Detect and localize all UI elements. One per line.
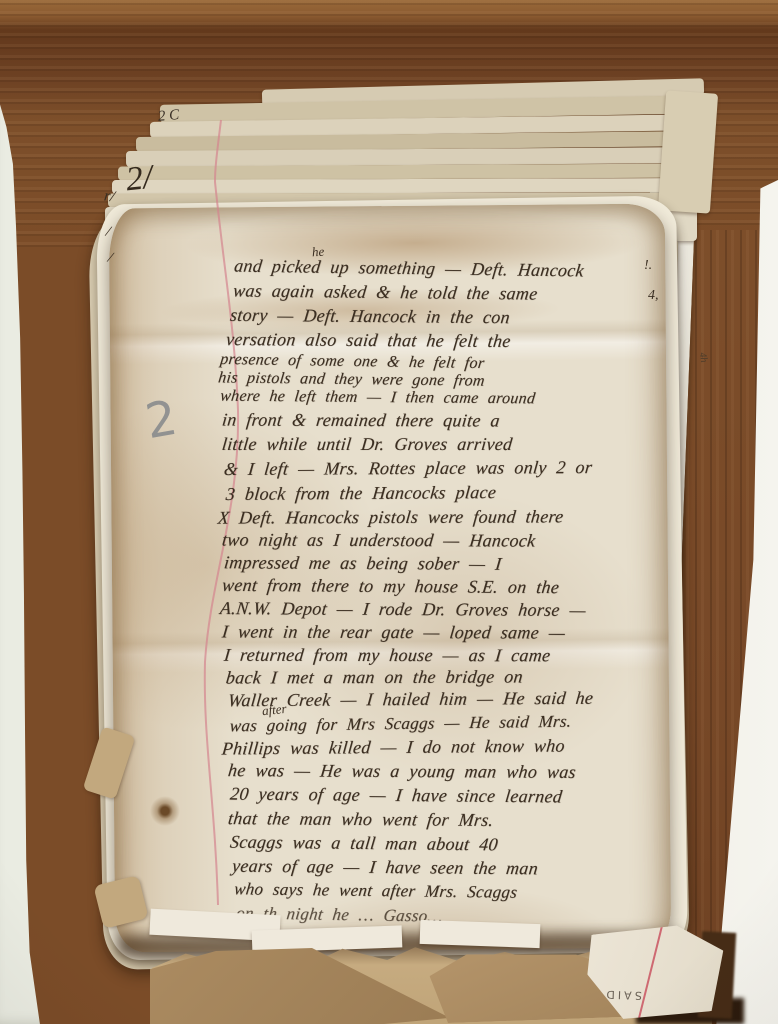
manuscript-line: I went in the rear gate — loped same —: [221, 621, 566, 643]
inserted-word: he: [311, 244, 324, 261]
manuscript-line: in front & remained there quite a: [221, 410, 501, 432]
page-corner-flap: [658, 90, 718, 213]
manuscript-line: I returned from my house — as I came: [223, 645, 552, 667]
manuscript-line: that the man who went for Mrs.: [227, 808, 495, 831]
manuscript-line: was again asked & he told the same: [232, 280, 539, 304]
manuscript-line: two night as I understood — Hancock: [221, 529, 537, 551]
manuscript-line: versation also said that he felt the: [225, 329, 512, 352]
manuscript-line: story — Deft. Hancock in the con: [229, 305, 511, 328]
stack-edge-ink-mark: 2 C: [157, 107, 180, 126]
edge-ink-mark: 4,: [648, 288, 659, 304]
manuscript-line: impressed me as being sober — I: [223, 552, 503, 574]
edge-ink-mark: r/: [103, 187, 116, 206]
photo-of-manuscript: Case Papers No 2090 — State v. Moses Han…: [0, 0, 778, 1024]
manuscript-line: little while until Dr. Groves arrived: [221, 434, 514, 455]
manuscript-line: years of age — I have seen the man: [231, 856, 539, 880]
manuscript-line: A.N.W. Depot — I rode Dr. Groves horse —: [219, 598, 587, 621]
manuscript-line: Phillips was killed — I do not know who: [221, 736, 566, 760]
page-number: 2/: [124, 159, 154, 200]
manuscript-line: 20 years of age — I have since learned: [229, 784, 563, 808]
edge-ink-mark: 4h: [697, 352, 710, 364]
manuscript-line: where he left them — I then came around: [219, 388, 536, 409]
manuscript-line: X Deft. Hancocks pistols were found ther…: [217, 506, 565, 528]
manuscript-line: 3 block from the Hancocks place: [225, 482, 497, 505]
manuscript-line: & I left — Mrs. Rottes place was only 2 …: [223, 457, 593, 480]
manuscript-line: Scaggs was a tall man about 40: [229, 832, 499, 856]
torn-page-flap: [420, 920, 541, 948]
manuscript-line: he was — He was a young man who was: [227, 760, 577, 783]
page-edge: [112, 178, 700, 194]
manuscript-line: who says he went after Mrs. Scaggs: [233, 879, 518, 902]
ink-stain-spot: [150, 796, 180, 826]
red-rule-on-fragment: [638, 922, 664, 1020]
edge-ink-mark: !.: [644, 258, 652, 274]
manuscript-line: went from there to my house S.E. on the: [221, 575, 560, 598]
fragment-text: SAID: [603, 988, 642, 1002]
inserted-word: after: [261, 701, 287, 719]
manuscript-line: back I met a man on the bridge on: [225, 666, 524, 688]
